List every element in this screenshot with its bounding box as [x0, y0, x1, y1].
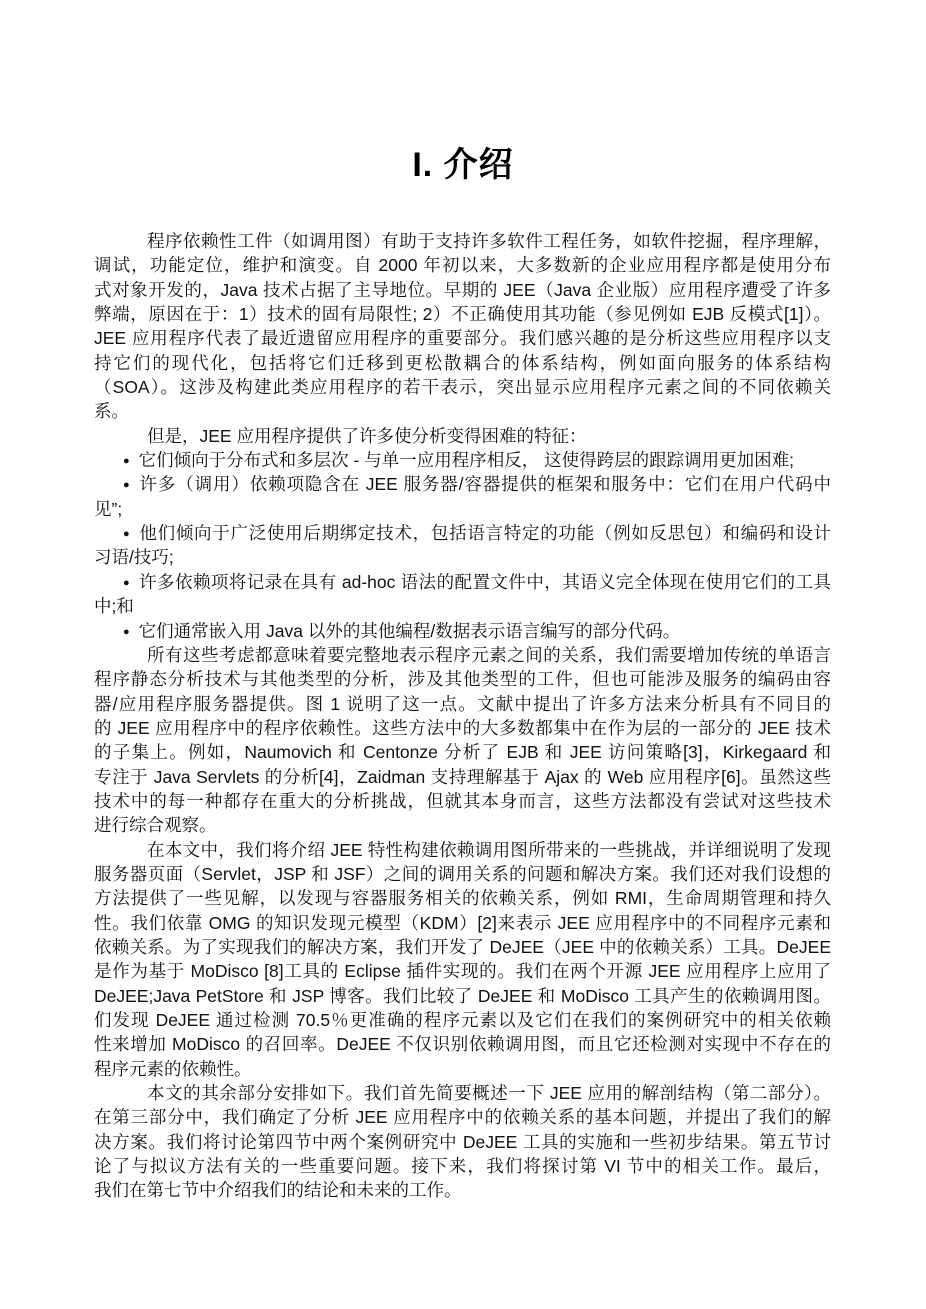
text-line: 系。 [94, 399, 831, 423]
text-line: 服务器页面（Servlet，JSP 和 JSF）之间的调用关系的问题和解决方案。… [94, 862, 831, 886]
text-line: 程序依赖性工件（如调用图）有助于支持许多软件工程任务，如软件挖掘，程序理解， [94, 229, 831, 253]
bullet-item: ●许多（调用）依赖项隐含在 JEE 服务器/容器提供的框架和服务中：它们在用户代… [94, 472, 831, 521]
text-line: 习语/技巧; [94, 545, 831, 569]
bullet-text: 他们倾向于广泛使用后期绑定技术，包括语言特定的功能（例如反思包）和编码和设计 [139, 523, 831, 543]
text-line: 程序元素的依赖性。 [94, 1057, 831, 1081]
text-line: ●许多依赖项将记录在具有 ad-hoc 语法的配置文件中，其语义完全体现在使用它… [94, 570, 831, 594]
paragraph: 在本文中，我们将介绍 JEE 特性构建依赖调用图所带来的一些挑战，并详细说明了发… [94, 838, 831, 1081]
bullet-text: 许多（调用）依赖项隐含在 JEE 服务器/容器提供的框架和服务中：它们在用户代码… [123, 474, 831, 496]
paragraph: 所有这些考虑都意味着要完整地表示程序元素之间的关系，我们需要增加传统的单语言程序… [94, 643, 831, 838]
bullet-item: ●它们通常嵌入用 Java 以外的其他编程/数据表示语言编写的部分代码。 [94, 619, 831, 643]
paragraph: 本文的其余部分安排如下。我们首先简要概述一下 JEE 应用的解剖结构（第二部分）… [94, 1081, 831, 1203]
bullet-item: ●许多依赖项将记录在具有 ad-hoc 语法的配置文件中，其语义完全体现在使用它… [94, 570, 831, 619]
text-line: 的 JEE 应用程序中的程序依赖性。这些方法中的大多数都集中在作为层的一部分的 … [94, 716, 831, 740]
bullet-item: ●他们倾向于广泛使用后期绑定技术，包括语言特定的功能（例如反思包）和编码和设计习… [94, 521, 831, 570]
text-line: 性来增加 MoDisco 的召回率。DeJEE 不仅识别依赖调用图，而且它还检测… [94, 1032, 831, 1056]
text-line: 弊端，原因在于：1）技术的固有局限性; 2）不正确使用其功能（参见例如 EJB … [94, 302, 831, 326]
section-title: I. 介绍 [0, 143, 926, 187]
text-line: 但是，JEE 应用程序提供了许多使分析变得困难的特征： [94, 424, 831, 448]
bullet-icon: ● [123, 522, 130, 545]
text-line: （SOA）。这涉及构建此类应用程序的若干表示，突出显示应用程序元素之间的不同依赖… [94, 375, 831, 399]
text-line: JEE 应用程序代表了最近遗留应用程序的重要部分。我们感兴趣的是分析这些应用程序… [94, 326, 831, 350]
text-line: 决方案。我们将讨论第四节中两个案例研究中 DeJEE 工具的实施和一些初步结果。… [94, 1130, 831, 1154]
bullet-icon: ● [123, 473, 130, 496]
bullet-icon: ● [123, 571, 130, 594]
text-line: 的子集上。例如，Naumovich 和 Centonze 分析了 EJB 和 J… [94, 740, 831, 764]
bullet-text: 许多依赖项将记录在具有 ad-hoc 语法的配置文件中，其语义完全体现在使用它们… [139, 572, 831, 592]
text-line: 程序静态分析技术与其他类型的分析，涉及其他类型的工件，但也可能涉及服务的编码由容 [94, 667, 831, 691]
text-line: 中;和 [94, 594, 831, 618]
text-line: DeJEE;Java PetStore 和 JSP 博客。我们比较了 DeJEE… [94, 984, 831, 1008]
text-line: 本文的其余部分安排如下。我们首先简要概述一下 JEE 应用的解剖结构（第二部分）… [94, 1081, 831, 1105]
text-line: 论了与拟议方法有关的一些重要问题。接下来，我们将探讨第 VI 节中的相关工作。最… [94, 1154, 831, 1178]
text-line: 持它们的现代化，包括将它们迁移到更松散耦合的体系结构，例如面向服务的体系结构 [94, 351, 831, 375]
text-line: ●它们倾向于分布式和多层次 - 与单一应用程序相反， 这使得跨层的跟踪调用更加困… [94, 448, 831, 472]
text-line: 在本文中，我们将介绍 JEE 特性构建依赖调用图所带来的一些挑战，并详细说明了发… [94, 838, 831, 862]
document-body: 程序依赖性工件（如调用图）有助于支持许多软件工程任务，如软件挖掘，程序理解，调试… [94, 229, 831, 1203]
text-line: 方法提供了一些见解，以发现与容器服务相关的依赖关系，例如 RMI，生命周期管理和… [94, 886, 831, 910]
text-line: 依赖关系。为了实现我们的解决方案，我们开发了 DeJEE（JEE 中的依赖关系）… [94, 935, 831, 959]
text-line: 在第三部分中，我们确定了分析 JEE 应用程序中的依赖关系的基本问题，并提出了我… [94, 1105, 831, 1129]
bullet-text: 它们倾向于分布式和多层次 - 与单一应用程序相反， 这使得跨层的跟踪调用更加困难… [139, 450, 794, 470]
text-line: 技术中的每一种都存在重大的分析挑战，但就其本身而言，这些方法都没有尝试对这些技术 [94, 789, 831, 813]
text-line: 器/应用程序服务器提供。图 1 说明了这一点。文献中提出了许多方法来分析具有不同… [94, 692, 831, 716]
text-line: 见”; [94, 497, 831, 521]
bullet-text: 它们通常嵌入用 Java 以外的其他编程/数据表示语言编写的部分代码。 [139, 621, 681, 641]
bullet-icon: ● [123, 449, 130, 472]
text-line: 式对象开发的，Java 技术占据了主导地位。早期的 JEE（Java 企业版）应… [94, 278, 831, 302]
paragraph: 但是，JEE 应用程序提供了许多使分析变得困难的特征： [94, 424, 831, 448]
bullet-icon: ● [123, 620, 130, 643]
bullet-item: ●它们倾向于分布式和多层次 - 与单一应用程序相反， 这使得跨层的跟踪调用更加困… [94, 448, 831, 472]
text-line: ●他们倾向于广泛使用后期绑定技术，包括语言特定的功能（例如反思包）和编码和设计 [94, 521, 831, 545]
text-line: 所有这些考虑都意味着要完整地表示程序元素之间的关系，我们需要增加传统的单语言 [94, 643, 831, 667]
text-line: 专注于 Java Servlets 的分析[4]，Zaidman 支持理解基于 … [94, 765, 831, 789]
text-line: 进行综合观察。 [94, 813, 831, 837]
paragraph: 程序依赖性工件（如调用图）有助于支持许多软件工程任务，如软件挖掘，程序理解，调试… [94, 229, 831, 424]
text-line: 调试，功能定位，维护和演变。自 2000 年初以来，大多数新的企业应用程序都是使… [94, 253, 831, 277]
text-line: ●许多（调用）依赖项隐含在 JEE 服务器/容器提供的框架和服务中：它们在用户代… [94, 472, 831, 496]
document-page: I. 介绍 程序依赖性工件（如调用图）有助于支持许多软件工程任务，如软件挖掘，程… [0, 0, 926, 1309]
text-line: ●它们通常嵌入用 Java 以外的其他编程/数据表示语言编写的部分代码。 [94, 619, 831, 643]
text-line: 们发现 DeJEE 通过检测 70.5％更准确的程序元素以及它们在我们的案例研究… [94, 1008, 831, 1032]
text-line: 我们在第七节中介绍我们的结论和未来的工作。 [94, 1178, 831, 1202]
text-line: 性。我们依靠 OMG 的知识发现元模型（KDM）[2]来表示 JEE 应用程序中… [94, 911, 831, 935]
text-line: 是作为基于 MoDisco [8]工具的 Eclipse 插件实现的。我们在两个… [94, 959, 831, 983]
